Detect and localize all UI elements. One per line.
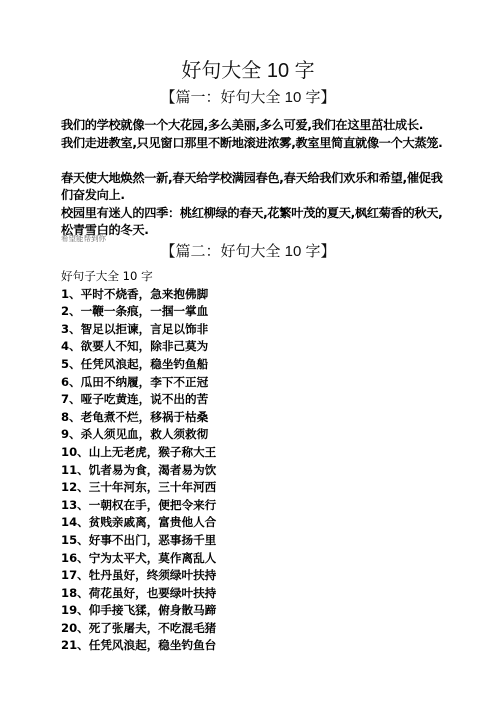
list-item: 1、平时不烧香，急来抱佛脚 (61, 286, 361, 304)
list-item: 16、宁为太平犬，莫作离乱人 (61, 550, 361, 568)
section-1-paragraph: 我们走进教室,只见窗口那里不断地滚进浓雾,教室里简直就像一个大蒸笼. (61, 135, 451, 153)
section-2-heading: 【篇二：好句大全 10 字】 (0, 242, 496, 262)
list-item: 12、三十年河东，三十年河西 (61, 479, 361, 497)
list-item: 18、荷花虽好，也要绿叶扶持 (61, 585, 361, 603)
document-page: 好句大全 10 字 【篇一：好句大全 10 字】 我们的学校就像一个大花园,多么… (0, 0, 496, 702)
list-item: 3、智足以拒谏，言足以饰非 (61, 321, 361, 339)
list-item: 20、死了张屠夫，不吃混毛猪 (61, 620, 361, 638)
list-item: 4、欲要人不知，除非己莫为 (61, 338, 361, 356)
list-item: 2、一鞭一条痕，一掴一掌血 (61, 303, 361, 321)
section-1-paragraph: 校园里有迷人的四季：桃红柳绿的春天,花繁叶茂的夏天,枫红菊香的秋天,松青雪白的冬… (61, 205, 451, 240)
section-1-paragraph: 我们的学校就像一个大花园,多么美丽,多么可爱,我们在这里茁壮成长. (61, 117, 451, 135)
list-item: 10、山上无老虎，猴子称大王 (61, 444, 361, 462)
section-1-paragraph: 春天使大地焕然一新,春天给学校满园春色,春天给我们欢乐和希望,催促我们奋发向上. (61, 170, 451, 205)
list-item: 15、好事不出门，恶事扬千里 (61, 532, 361, 550)
list-item: 21、任凭风浪起，稳坐钓鱼台 (61, 637, 361, 655)
list-item: 7、哑子吃黄连，说不出的苦 (61, 391, 361, 409)
list-title: 好句子大全 10 字 (61, 268, 361, 286)
list-item: 14、贫贱亲戚离，富贵他人合 (61, 514, 361, 532)
list-item: 8、老龟煮不烂，移祸于枯桑 (61, 409, 361, 427)
list-item: 17、牡丹虽好，终须绿叶扶持 (61, 567, 361, 585)
list-item: 6、瓜田不纳履，李下不正冠 (61, 374, 361, 392)
list-item: 11、饥者易为食，渴者易为饮 (61, 462, 361, 480)
list-item: 9、杀人须见血，救人须救彻 (61, 426, 361, 444)
list-item: 19、仰手接飞猱，俯身散马蹄 (61, 602, 361, 620)
section-1-heading: 【篇一：好句大全 10 字】 (0, 88, 496, 108)
document-title: 好句大全 10 字 (0, 58, 496, 84)
list-item: 13、一朝权在手，便把令来行 (61, 497, 361, 515)
sentence-list: 好句子大全 10 字 1、平时不烧香，急来抱佛脚 2、一鞭一条痕，一掴一掌血 3… (61, 268, 361, 655)
list-item: 5、任凭风浪起，稳坐钓鱼船 (61, 356, 361, 374)
